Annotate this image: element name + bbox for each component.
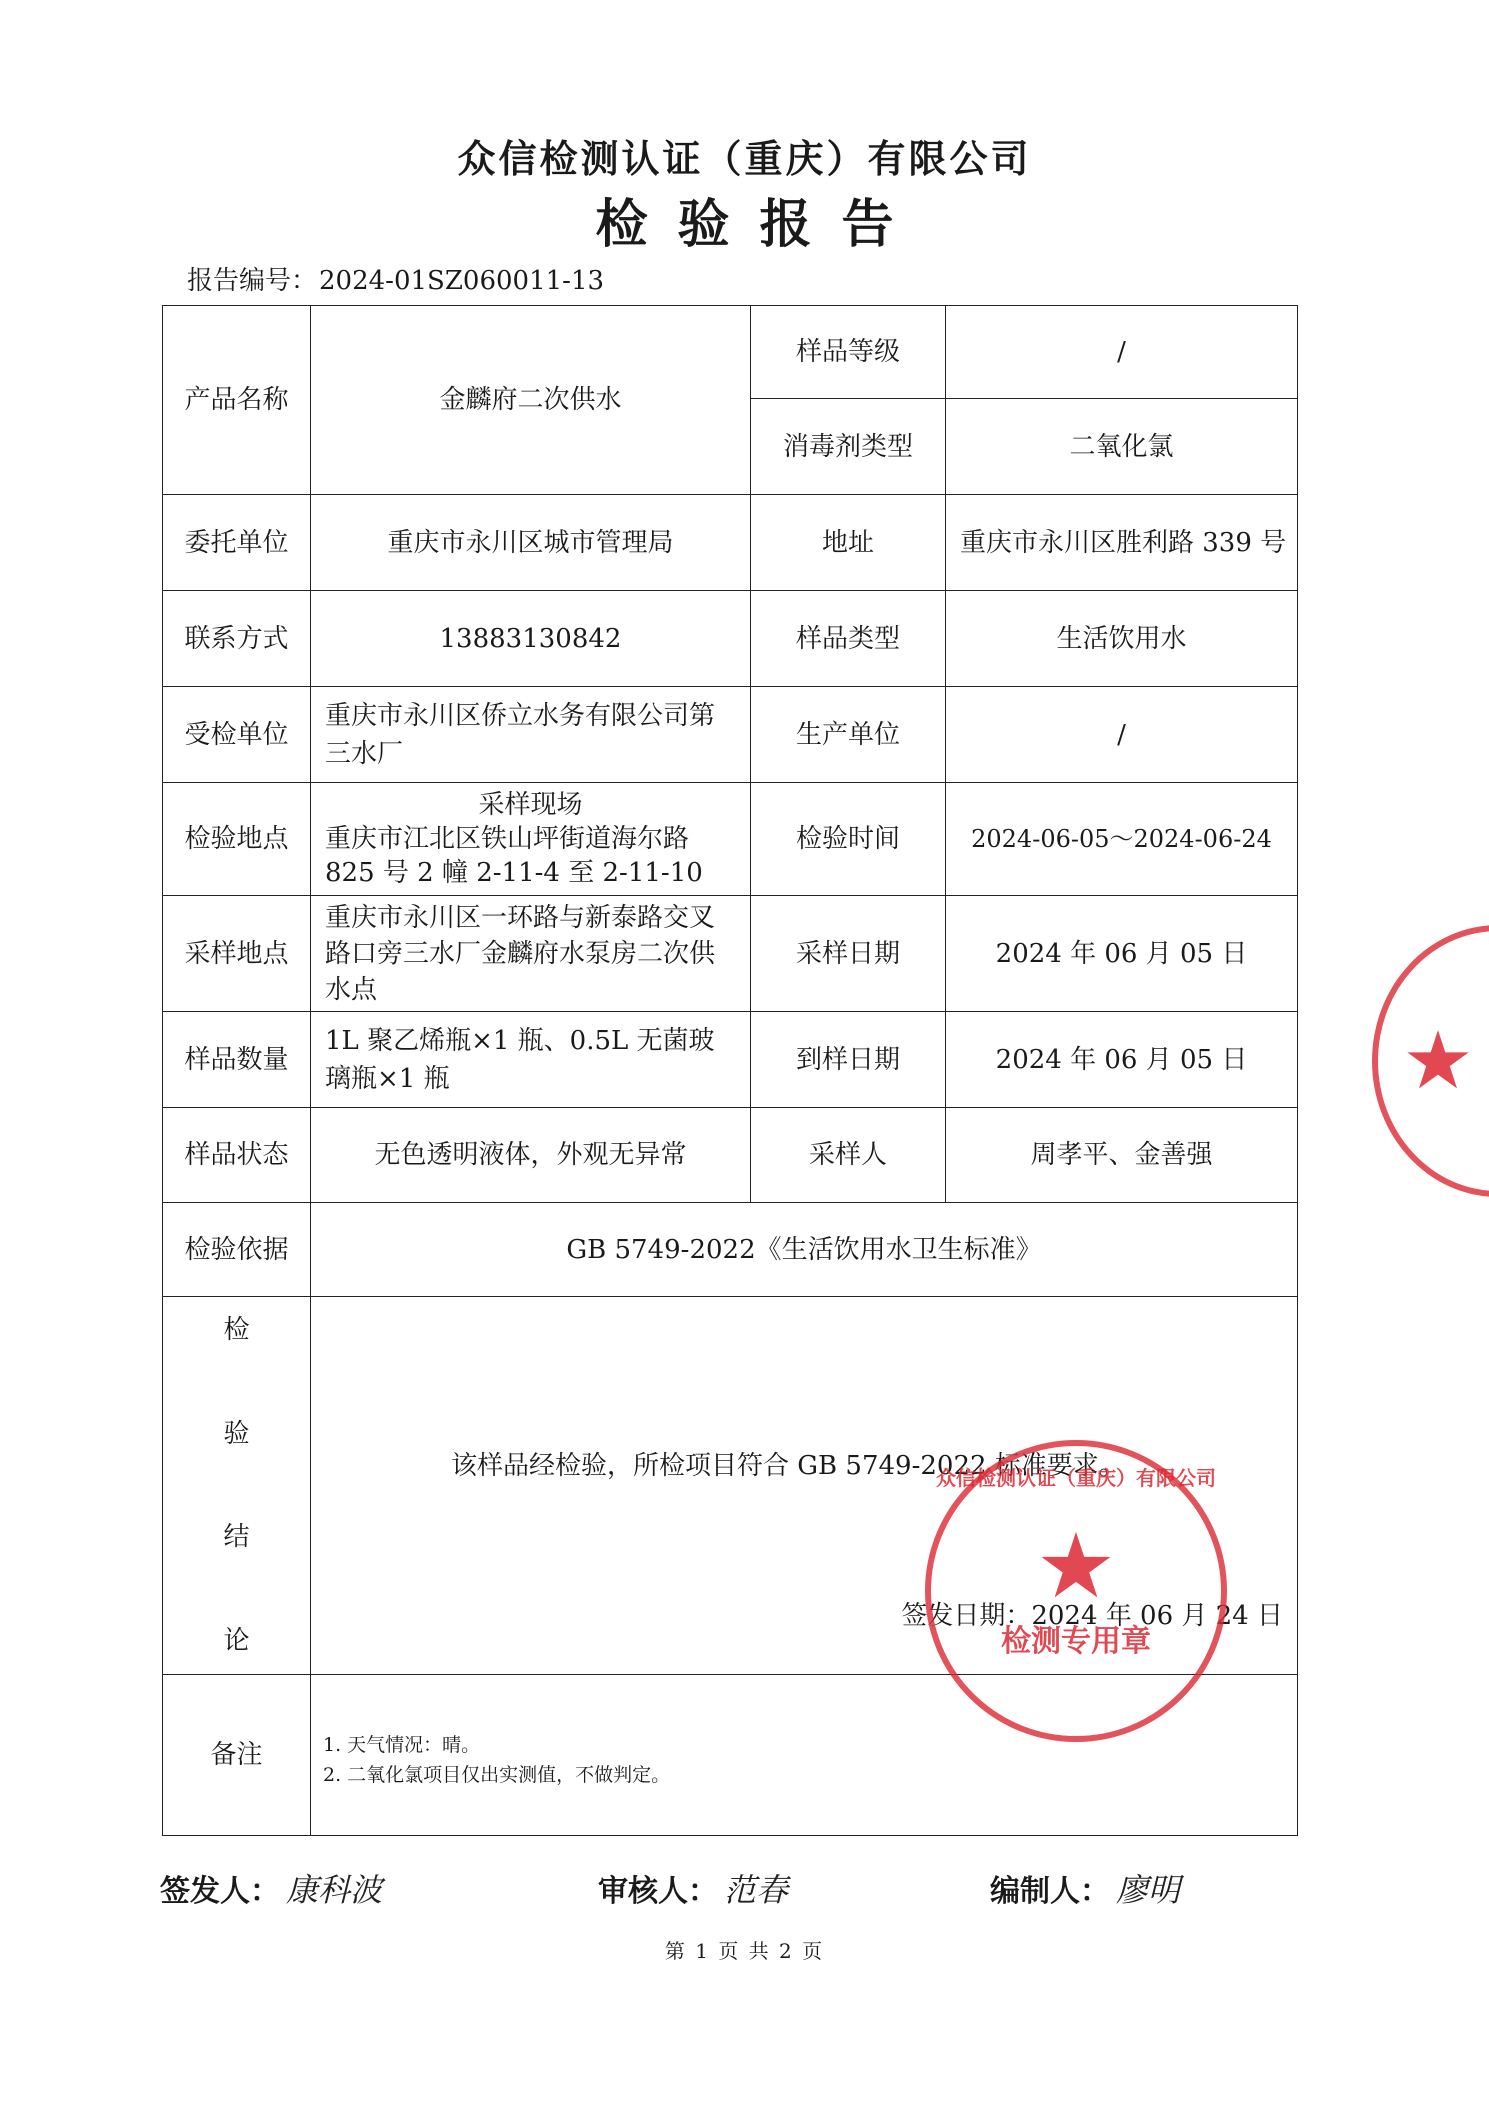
reviewer-signature: 审核人： 范春: [598, 1865, 788, 1911]
test-time-label: 检验时间: [750, 782, 946, 896]
report-number-value: 2024-01SZ060011-13: [319, 266, 604, 296]
seal-bottom-text: 检测专用章: [1001, 1616, 1151, 1660]
conclusion-label: 检 验 结 论: [162, 1296, 311, 1675]
product-name-value: 金麟府二次供水: [310, 305, 751, 495]
issuer-label: 签发人：: [160, 1866, 280, 1910]
sample-type-label: 样品类型: [750, 590, 946, 687]
test-location-line1: 采样现场: [321, 788, 740, 822]
signature-row: 签发人： 康科波 审核人： 范春 编制人： 廖明: [160, 1855, 1300, 1925]
sampler-value: 周孝平、金善强: [945, 1107, 1298, 1203]
remarks-label: 备注: [162, 1674, 311, 1836]
sampling-date-value: 2024 年 06 月 05 日: [945, 895, 1298, 1012]
address-label: 地址: [750, 494, 946, 591]
compiler-signature: 编制人： 廖明: [990, 1865, 1180, 1911]
issuer-handwritten-signature: 康科波: [286, 1865, 382, 1911]
sample-qty-label: 样品数量: [162, 1011, 311, 1108]
conclusion-label-char: 验: [223, 1415, 249, 1453]
remark-item: 1. 天气情况：晴。: [323, 1730, 670, 1760]
reviewer-handwritten-signature: 范春: [724, 1865, 788, 1911]
page-number: 第 1 页 共 2 页: [0, 1935, 1489, 1964]
report-number: 报告编号：2024-01SZ060011-13: [185, 260, 604, 297]
inspected-unit-label: 受检单位: [162, 686, 311, 783]
compiler-handwritten-signature: 廖明: [1116, 1865, 1180, 1911]
remark-item: 2. 二氧化氯项目仅出实测值，不做判定。: [323, 1760, 670, 1790]
product-name-label: 产品名称: [162, 305, 311, 495]
contact-value: 13883130842: [310, 590, 751, 687]
arrival-date-label: 到样日期: [750, 1011, 946, 1108]
disinfectant-value: 二氧化氯: [945, 398, 1298, 495]
sampling-site-label: 采样地点: [162, 895, 311, 1012]
star-icon: ★: [1402, 1016, 1474, 1106]
sample-qty-value: 1L 聚乙烯瓶×1 瓶、0.5L 无菌玻璃瓶×1 瓶: [310, 1011, 751, 1108]
sample-type-value: 生活饮用水: [945, 590, 1298, 687]
inspected-unit-value: 重庆市永川区侨立水务有限公司第三水厂: [310, 686, 751, 783]
issuer-signature: 签发人： 康科波: [160, 1865, 382, 1911]
sampling-site-value: 重庆市永川区一环路与新泰路交叉路口旁三水厂金麟府水泵房二次供水点: [310, 895, 751, 1012]
sample-state-value: 无色透明液体，外观无异常: [310, 1107, 751, 1203]
disinfectant-label: 消毒剂类型: [750, 398, 946, 495]
producer-label: 生产单位: [750, 686, 946, 783]
star-icon: ★: [1036, 1522, 1117, 1612]
arrival-date-value: 2024 年 06 月 05 日: [945, 1011, 1298, 1108]
client-label: 委托单位: [162, 494, 311, 591]
test-time-value: 2024-06-05～2024-06-24: [945, 782, 1298, 896]
test-location-value: 采样现场 重庆市江北区铁山坪街道海尔路 825 号 2 幢 2-11-4 至 2…: [310, 782, 751, 896]
cross-page-seal: ★: [1372, 925, 1489, 1197]
sample-grade-label: 样品等级: [750, 305, 946, 399]
report-number-label: 报告编号：: [187, 266, 317, 296]
address-value: 重庆市永川区胜利路 339 号: [945, 494, 1298, 591]
report-title: 检验报告: [0, 182, 1489, 257]
company-name: 众信检测认证（重庆）有限公司: [0, 128, 1489, 183]
remarks-list: 1. 天气情况：晴。 2. 二氧化氯项目仅出实测值，不做判定。: [323, 1730, 670, 1790]
test-location-label: 检验地点: [162, 782, 311, 896]
test-location-line2: 重庆市江北区铁山坪街道海尔路 825 号 2 幢 2-11-4 至 2-11-1…: [321, 822, 740, 890]
sampler-label: 采样人: [750, 1107, 946, 1203]
sample-state-label: 样品状态: [162, 1107, 311, 1203]
reviewer-label: 审核人：: [598, 1866, 718, 1910]
basis-value: GB 5749-2022《生活饮用水卫生标准》: [310, 1202, 1298, 1297]
sampling-date-label: 采样日期: [750, 895, 946, 1012]
official-seal: 众信检测认证（重庆）有限公司 ★ 检测专用章: [925, 1440, 1227, 1742]
conclusion-label-char: 结: [223, 1518, 249, 1556]
conclusion-label-char: 论: [223, 1622, 249, 1660]
compiler-label: 编制人：: [990, 1866, 1110, 1910]
contact-label: 联系方式: [162, 590, 311, 687]
conclusion-label-char: 检: [223, 1311, 249, 1349]
producer-value: /: [945, 686, 1298, 783]
client-value: 重庆市永川区城市管理局: [310, 494, 751, 591]
seal-ring-text: 众信检测认证（重庆）有限公司: [936, 1462, 1216, 1491]
basis-label: 检验依据: [162, 1202, 311, 1297]
sample-grade-value: /: [945, 305, 1298, 399]
